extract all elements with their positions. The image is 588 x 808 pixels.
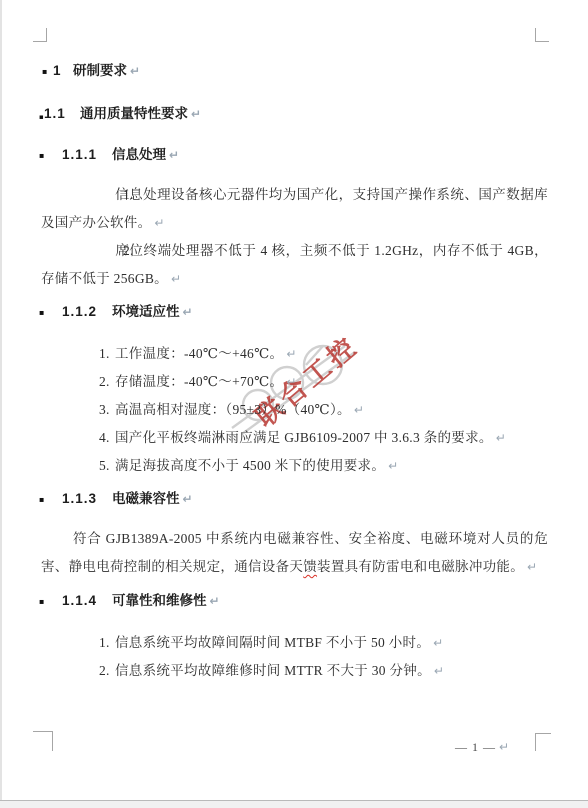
paragraph-emc: 符合 GJB1389A-2005 中系统内电磁兼容性、安全裕度、电磁环境对人员的… bbox=[0, 525, 588, 581]
heading-label: 环境适应性 bbox=[112, 304, 180, 319]
list-number: 1. bbox=[70, 629, 115, 657]
list-item-reliability-1: 1.信息系统平均故障间隔时间 MTBF 不小于 50 小时。↵ bbox=[0, 629, 588, 657]
heading-label: 电磁兼容性 bbox=[112, 491, 180, 506]
pilcrow-mark: ↵ bbox=[433, 636, 443, 650]
heading-1-1-1: ▪1.1.1信息处理↵ bbox=[0, 146, 588, 164]
list-item-text: 信息系统平均故障间隔时间 MTBF 不小于 50 小时。 bbox=[115, 635, 430, 650]
list-item-environment-4: 4.国产化平板终端淋雨应满足 GJB6109-2007 中 3.6.3 条的要求… bbox=[0, 424, 588, 452]
heading-bullet-icon: ▪ bbox=[39, 593, 62, 610]
heading-label: 可靠性和维修性 bbox=[112, 593, 207, 608]
pilcrow-mark: ↵ bbox=[527, 560, 537, 574]
paragraph-info-processing-1: 1.信息处理设备核心元器件均为国产化，支持国产操作系统、国产数据库及国产办公软件… bbox=[0, 181, 588, 237]
list-number: 2. bbox=[70, 368, 115, 396]
list-item-text: 存储温度：-40℃～+70℃。 bbox=[115, 374, 283, 389]
list-item-text: 国产化平板终端淋雨应满足 GJB6109-2007 中 3.6.3 条的要求。 bbox=[115, 430, 493, 445]
heading-1-1: ▪1.1通用质量特性要求↵ bbox=[0, 105, 588, 126]
heading-1: ▪1研制要求↵ bbox=[0, 62, 588, 80]
heading-bullet-icon: ▪ bbox=[42, 63, 53, 80]
spellcheck-squiggle-text: 馈 bbox=[303, 559, 317, 574]
pilcrow-mark: ↵ bbox=[130, 64, 140, 78]
heading-bullet-icon: ▪ bbox=[39, 147, 62, 164]
document-content: ▪1研制要求↵ ▪1.1通用质量特性要求↵ ▪1.1.1信息处理↵ 1.信息处理… bbox=[0, 0, 588, 685]
paragraph-info-processing-2: 2.席位终端处理器不低于 4 核，主频不低于 1.2GHz，内存不低于 4GB，… bbox=[0, 237, 588, 293]
pilcrow-mark: ↵ bbox=[171, 272, 181, 286]
text-boundary-mark-bottom-left bbox=[33, 731, 53, 751]
list-item-environment-1: 1.工作温度：-40℃～+46℃。↵ bbox=[0, 340, 588, 368]
pilcrow-mark: ↵ bbox=[286, 347, 296, 361]
heading-number: 1.1.1 bbox=[62, 146, 112, 163]
list-number: 2. bbox=[70, 657, 115, 685]
page-number: — 1 —↵ bbox=[455, 740, 565, 755]
heading-1-1-2: ▪1.1.2环境适应性↵ bbox=[0, 303, 588, 321]
pilcrow-mark: ↵ bbox=[354, 403, 364, 417]
heading-number: 1.1.2 bbox=[62, 303, 112, 320]
list-item-text: 工作温度：-40℃～+46℃。 bbox=[115, 346, 283, 361]
list-item-environment-2: 2.存储温度：-40℃～+70℃。↵ bbox=[0, 368, 588, 396]
pilcrow-mark: ↵ bbox=[183, 492, 193, 506]
paragraph-text: 信息处理设备核心元器件均为国产化，支持国产操作系统、国产数据库及国产办公软件。 bbox=[41, 187, 548, 230]
pilcrow-mark: ↵ bbox=[388, 459, 398, 473]
pilcrow-mark: ↵ bbox=[496, 431, 506, 445]
page-number-text: — 1 — bbox=[455, 740, 496, 754]
window-bottom-edge bbox=[0, 800, 588, 808]
list-number: 1. bbox=[82, 181, 115, 209]
pilcrow-mark: ↵ bbox=[154, 216, 164, 230]
heading-bullet-icon: ▪ bbox=[39, 304, 62, 321]
list-number: 4. bbox=[70, 424, 115, 452]
pilcrow-mark: ↵ bbox=[191, 107, 201, 121]
list-item-reliability-2: 2.信息系统平均故障维修时间 MTTR 不大于 30 分钟。↵ bbox=[0, 657, 588, 685]
list-item-text: 高温高相对湿度：（95±3）%（40℃）。 bbox=[115, 402, 351, 417]
pilcrow-mark: ↵ bbox=[499, 740, 509, 754]
list-item-text: 满足海拔高度不小于 4500 米下的使用要求。 bbox=[115, 458, 385, 473]
list-number: 1. bbox=[70, 340, 115, 368]
heading-1-1-4: ▪1.1.4可靠性和维修性↵ bbox=[0, 592, 588, 610]
pilcrow-mark: ↵ bbox=[434, 664, 444, 678]
list-number: 2. bbox=[82, 237, 115, 265]
list-number: 3. bbox=[70, 396, 115, 424]
list-item-text: 信息系统平均故障维修时间 MTTR 不大于 30 分钟。 bbox=[115, 663, 431, 678]
paragraph-text: 席位终端处理器不低于 4 核，主频不低于 1.2GHz，内存不低于 4GB，存储… bbox=[41, 243, 548, 286]
heading-label: 研制要求 bbox=[73, 63, 127, 78]
heading-number: 1.1.3 bbox=[62, 490, 112, 507]
pilcrow-mark: ↵ bbox=[169, 148, 179, 162]
heading-number: 1 bbox=[53, 62, 73, 79]
pilcrow-mark: ↵ bbox=[286, 375, 296, 389]
document-page: 联合工控 ▪1研制要求↵ ▪1.1通用质量特性要求↵ ▪1.1.1信息处理↵ 1… bbox=[0, 0, 588, 808]
list-number: 5. bbox=[70, 452, 115, 480]
list-item-environment-3: 3.高温高相对湿度：（95±3）%（40℃）。↵ bbox=[0, 396, 588, 424]
pilcrow-mark: ↵ bbox=[183, 305, 193, 319]
heading-number: 1.1 bbox=[44, 105, 80, 122]
pilcrow-mark: ↵ bbox=[210, 594, 220, 608]
list-item-environment-5: 5.满足海拔高度不小于 4500 米下的使用要求。↵ bbox=[0, 452, 588, 480]
paragraph-text: 装置具有防雷电和电磁脉冲功能。 bbox=[317, 559, 524, 574]
heading-label: 信息处理 bbox=[112, 147, 166, 162]
heading-label: 通用质量特性要求 bbox=[80, 106, 188, 121]
heading-number: 1.1.4 bbox=[62, 592, 112, 609]
heading-1-1-3: ▪1.1.3电磁兼容性↵ bbox=[0, 490, 588, 508]
heading-bullet-icon: ▪ bbox=[39, 491, 62, 508]
